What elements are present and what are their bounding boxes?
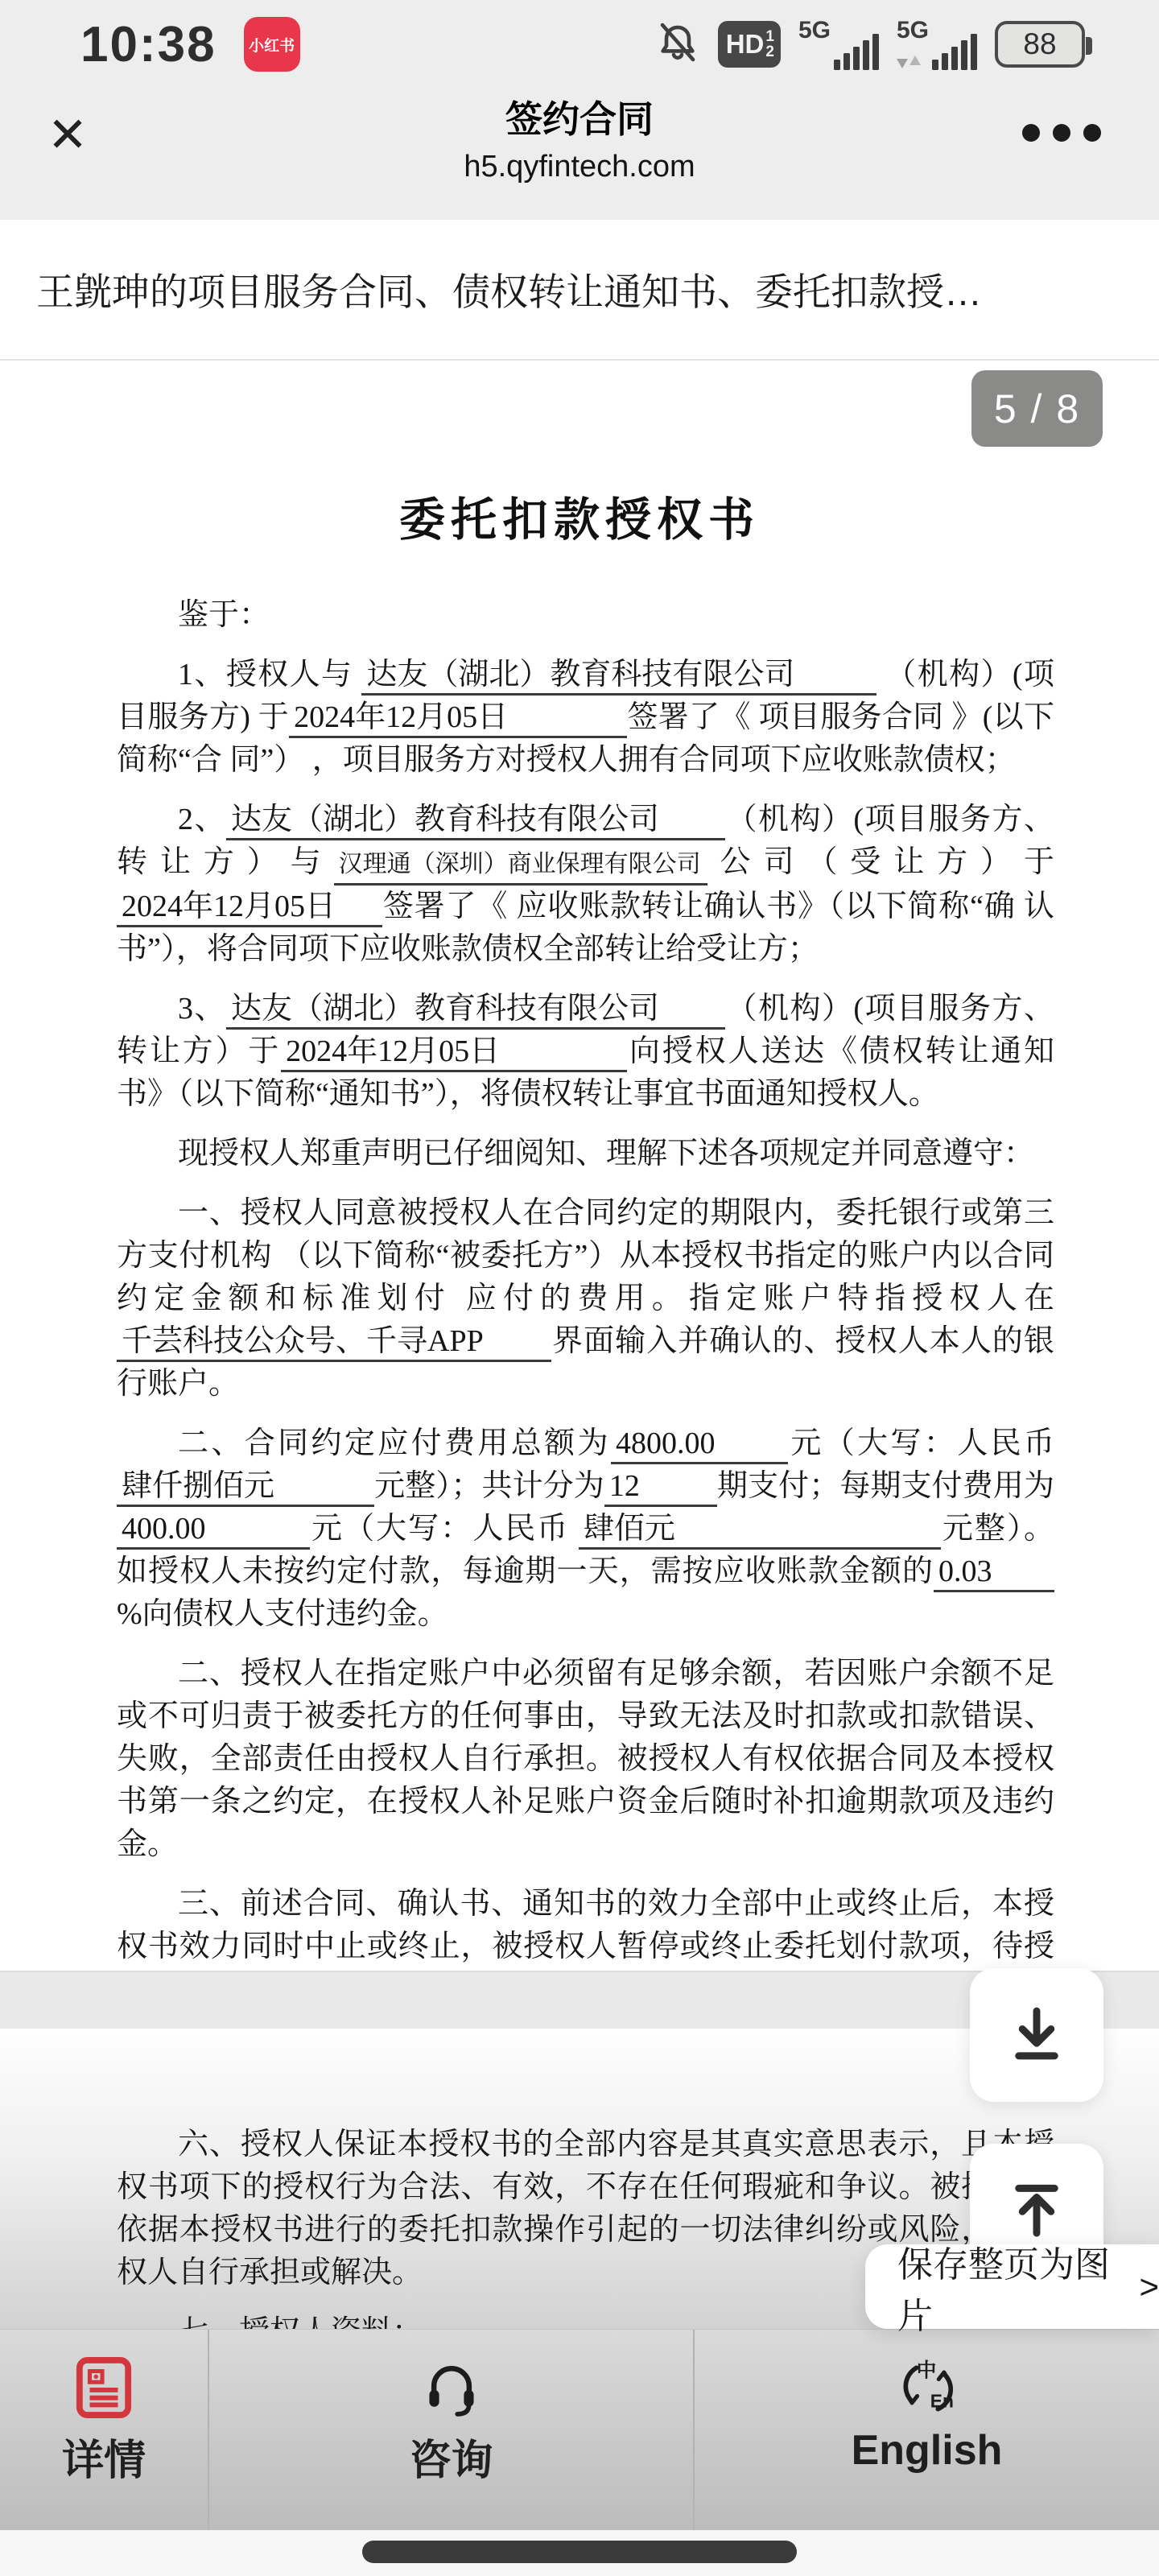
doc-paragraph: 三、前述合同、确认书、通知书的效力全部中止或终止后，本授权书效力同时中止或终止，… bbox=[117, 1883, 1054, 1971]
status-icons: HD 1 2 5G 5G 88 bbox=[655, 19, 1085, 70]
filled-blank: 达友（湖北）教育科技有限公司 bbox=[226, 801, 725, 840]
save-page-label: 保存整页为图片 bbox=[897, 2235, 1128, 2339]
doc-text: 三、前述合同、确认书、通知书的效力全部中止或终止后，本授权书效力同时中止或终止，… bbox=[117, 1887, 1054, 1971]
signal-5g-primary-icon: 5G bbox=[798, 19, 879, 70]
phone-screen: 10:38 小红书 HD 1 2 5G bbox=[0, 0, 1159, 2576]
filled-blank: 千芸科技公众号、千寻APP bbox=[117, 1323, 551, 1362]
doc-text: 1、授权人与 bbox=[178, 658, 361, 691]
doc-text: 公司（受让方）于 bbox=[707, 845, 1054, 879]
document-body: 鉴于：1、授权人与 达友（湖北）教育科技有限公司 （机构）(项目服务方) 于20… bbox=[0, 549, 1159, 1971]
doc-text: 期支付；每期支付费用为 bbox=[717, 1469, 1054, 1503]
page-title: 签约合同 bbox=[0, 90, 1159, 143]
mute-bell-icon bbox=[655, 20, 700, 69]
battery-icon: 88 bbox=[995, 21, 1085, 68]
scroll-to-top-icon bbox=[1005, 2178, 1068, 2244]
home-indicator[interactable] bbox=[362, 2541, 797, 2563]
svg-text:中: 中 bbox=[916, 2359, 936, 2382]
translate-icon: 中 En bbox=[897, 2354, 958, 2421]
download-icon bbox=[1005, 2002, 1068, 2069]
headset-icon bbox=[421, 2354, 482, 2421]
filled-blank: 达友（湖北）教育科技有限公司 bbox=[226, 990, 725, 1030]
contract-title: 王皝珅的项目服务合同、债权转让通知书、委托扣款授… bbox=[36, 262, 1127, 316]
doc-paragraph: 2、达友（湖北）教育科技有限公司（机构）(项目服务方、转让方）与汉理通（深圳）商… bbox=[117, 799, 1054, 971]
doc-text: %向债权人支付违约金。 bbox=[117, 1597, 448, 1631]
doc-text: 一、授权人同意被授权人在合同约定的期限内，委托银行或第三方支付机构 （以下简称“… bbox=[117, 1196, 1054, 1315]
tab-consult-label: 咨询 bbox=[409, 2426, 493, 2487]
contract-title-bar: 王皝珅的项目服务合同、债权转让通知书、委托扣款授… bbox=[0, 220, 1159, 361]
filled-blank: 12 bbox=[604, 1468, 717, 1507]
doc-paragraph: 现授权人郑重声明已仔细阅知、理解下述各项规定并同意遵守： bbox=[117, 1133, 1054, 1175]
webview-header: ✕ 签约合同 h5.qyfintech.com bbox=[0, 89, 1159, 220]
tab-details[interactable]: 详情 bbox=[0, 2330, 208, 2530]
doc-text: 元（大写：人民币 bbox=[788, 1426, 1054, 1460]
tab-english[interactable]: 中 En English bbox=[695, 2330, 1159, 2530]
filled-blank: 肆佰元 bbox=[579, 1510, 941, 1550]
filled-blank: 汉理通（深圳）商业保理有限公司 bbox=[334, 846, 707, 885]
tab-english-label: English bbox=[852, 2426, 1003, 2475]
doc-text: 现授权人郑重声明已仔细阅知、理解下述各项规定并同意遵守： bbox=[178, 1137, 1034, 1170]
page-number-badge: 5 / 8 bbox=[971, 370, 1103, 447]
doc-text: 元整）；共计分为 bbox=[374, 1469, 604, 1503]
header-titles: 签约合同 h5.qyfintech.com bbox=[0, 90, 1159, 184]
clock: 10:38 bbox=[80, 16, 217, 73]
doc-text: 鉴于： bbox=[178, 598, 270, 632]
filled-blank: 2024年12月05日 bbox=[289, 699, 627, 738]
filled-blank: 0.03 bbox=[934, 1553, 1054, 1592]
doc-text: 元（大写：人民币 bbox=[310, 1512, 579, 1546]
bottom-tab-bar: 详情 咨询 中 En bbox=[0, 2329, 1159, 2530]
detail-doc-icon bbox=[75, 2354, 133, 2421]
doc-paragraph: 鉴于： bbox=[117, 594, 1054, 637]
page-url: h5.qyfintech.com bbox=[0, 150, 1159, 184]
doc-paragraph: 一、授权人同意被授权人在合同约定的期限内，委托银行或第三方支付机构 （以下简称“… bbox=[117, 1192, 1054, 1406]
tab-details-label: 详情 bbox=[62, 2426, 146, 2487]
home-indicator-area bbox=[0, 2530, 1159, 2576]
doc-paragraph: 3、达友（湖北）教育科技有限公司（机构）(项目服务方、转让方）于2024年12月… bbox=[117, 988, 1054, 1116]
filled-blank: 达友（湖北）教育科技有限公司 bbox=[361, 656, 876, 696]
doc-paragraph: 二、授权人在指定账户中必须留有足够余额，若因账户余额不足或不可归责于被委托方的任… bbox=[117, 1653, 1054, 1866]
doc-text: 3、 bbox=[178, 992, 226, 1026]
status-bar: 10:38 小红书 HD 1 2 5G bbox=[0, 0, 1159, 89]
signal-5g-secondary-icon: 5G bbox=[897, 19, 977, 70]
volte-hd-icon: HD 1 2 bbox=[718, 21, 781, 68]
filled-blank: 肆仟捌佰元 bbox=[117, 1468, 374, 1507]
doc-paragraph: 1、授权人与 达友（湖北）教育科技有限公司 （机构）(项目服务方) 于2024年… bbox=[117, 654, 1054, 782]
save-page-as-image-button[interactable]: 保存整页为图片 > bbox=[865, 2244, 1159, 2329]
download-button[interactable] bbox=[970, 1968, 1103, 2102]
doc-text: 2、 bbox=[178, 803, 226, 836]
doc-text: 二、合同约定应付费用总额为 bbox=[178, 1426, 611, 1460]
xiaohongshu-app-badge: 小红书 bbox=[244, 17, 300, 72]
more-menu-button[interactable] bbox=[1014, 116, 1109, 150]
document-page-5: 5 / 8 委托扣款授权书 鉴于：1、授权人与 达友（湖北）教育科技有限公司 （… bbox=[0, 361, 1159, 1971]
chevron-right-icon: > bbox=[1139, 2268, 1159, 2306]
filled-blank: 2024年12月05日 bbox=[281, 1033, 627, 1072]
doc-text: 七、授权人资料： bbox=[178, 2315, 423, 2329]
filled-blank: 400.00 bbox=[117, 1510, 310, 1550]
doc-paragraph: 二、合同约定应付费用总额为4800.00元（大写：人民币肆仟捌佰元元整）；共计分… bbox=[117, 1422, 1054, 1636]
doc-text: 二、授权人在指定账户中必须留有足够余额，若因账户余额不足或不可归责于被委托方的任… bbox=[117, 1657, 1054, 1861]
filled-blank: 2024年12月05日 bbox=[117, 888, 382, 927]
filled-blank: 4800.00 bbox=[611, 1425, 788, 1464]
tab-consult[interactable]: 咨询 bbox=[208, 2330, 695, 2530]
